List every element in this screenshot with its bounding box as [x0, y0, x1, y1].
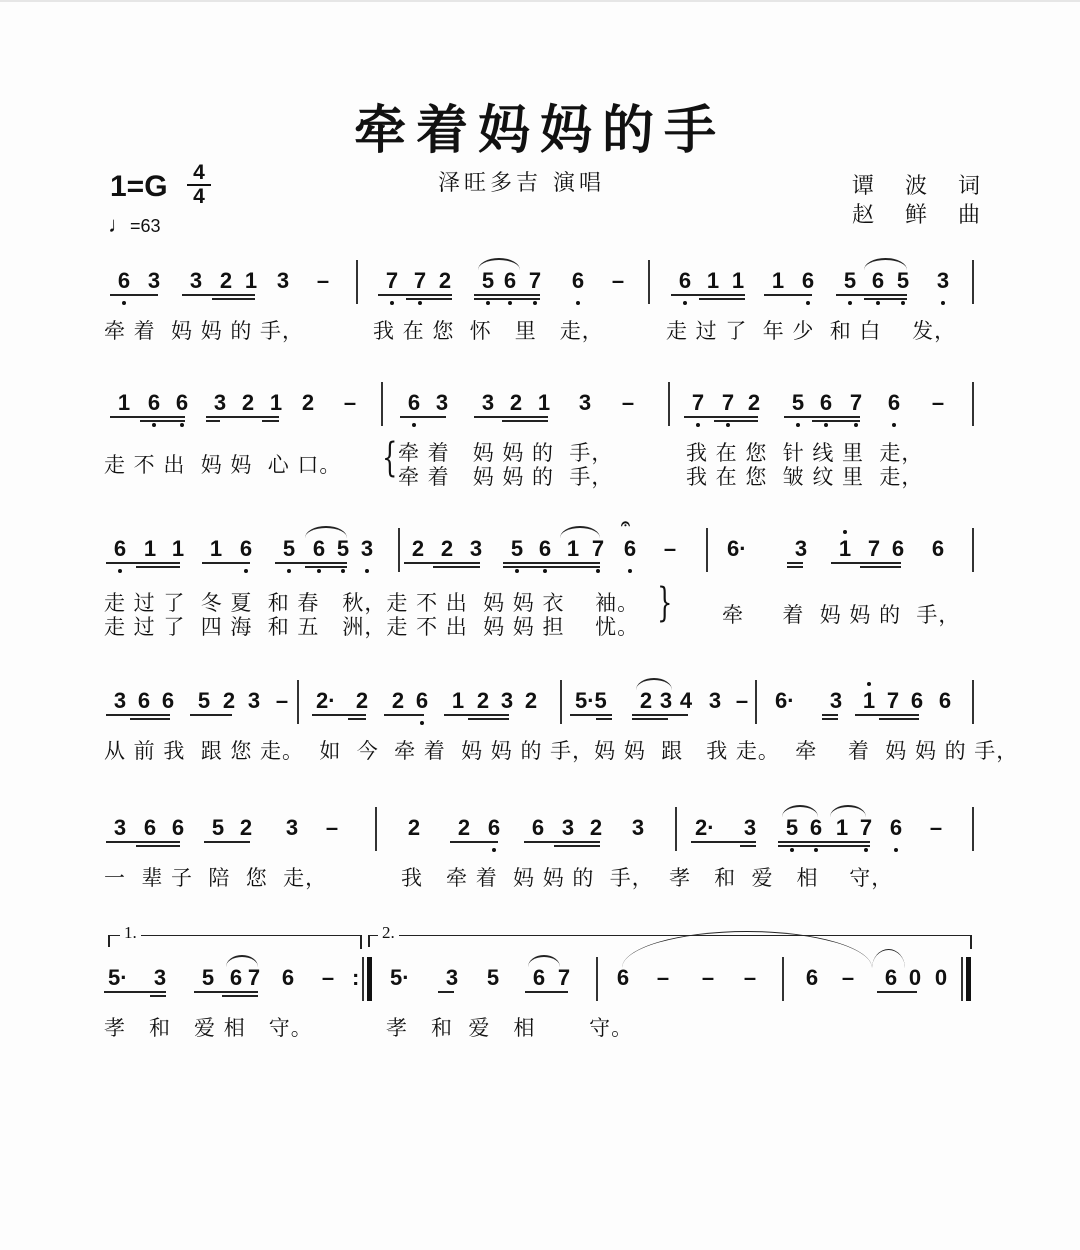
lyric-line: 走 过 了 冬 夏 和 春 秋，走 不 出 妈 妈 衣 袖。: [104, 592, 639, 614]
note: 6: [236, 538, 256, 560]
note: 6·: [727, 538, 767, 560]
note: 5: [198, 967, 218, 989]
underline-eighth: [684, 416, 758, 418]
underline-sixteenth: [632, 718, 668, 720]
underline-eighth: [524, 841, 600, 843]
note: 6: [114, 270, 134, 292]
underline-eighth: [110, 416, 185, 418]
note: 2·: [695, 817, 735, 839]
underline-sixteenth: [474, 298, 540, 300]
lyric-line: 我 牵 着 妈 妈 的 手， 孝 和 爱 相 守，: [401, 867, 893, 889]
note: 1: [266, 392, 286, 414]
underline-eighth: [378, 294, 452, 296]
underline-sixteenth: [879, 718, 919, 720]
underline-eighth: [787, 562, 803, 564]
underline-eighth: [877, 991, 917, 993]
barline: [596, 957, 598, 1001]
note: 2: [388, 690, 408, 712]
underline-sixteenth: [150, 995, 166, 997]
underline-sixteenth: [860, 566, 901, 568]
note: 3: [558, 817, 578, 839]
underline-sixteenth: [136, 845, 180, 847]
underline-eighth: [182, 294, 255, 296]
slur: [864, 258, 907, 270]
octave-low-dot: [790, 848, 794, 852]
note: 3: [210, 392, 230, 414]
note: 1: [768, 270, 788, 292]
underline-sixteenth: [222, 995, 258, 997]
underline-eighth: [194, 991, 258, 993]
volta-bracket-1-left: [108, 935, 110, 947]
underline-eighth: [671, 294, 745, 296]
note: 7: [883, 690, 903, 712]
underline-eighth: [764, 294, 812, 296]
underline-sixteenth: [348, 718, 366, 720]
slur: [305, 526, 347, 538]
octave-low-dot: [420, 721, 424, 725]
octave-low-dot: [543, 569, 547, 573]
octave-low-dot: [876, 301, 880, 305]
underline-eighth: [312, 714, 366, 716]
note: –: [318, 967, 338, 989]
note: –: [698, 967, 718, 989]
note: 6: [613, 967, 633, 989]
underline-eighth: [632, 714, 688, 716]
octave-low-dot: [418, 301, 422, 305]
volta-bracket-2: [368, 935, 970, 936]
octave-low-dot: [122, 301, 126, 305]
note: 5·5: [575, 690, 615, 712]
note: 2: [298, 392, 318, 414]
note: 6: [309, 538, 329, 560]
note: 2: [408, 538, 428, 560]
underline-eighth: [525, 991, 568, 993]
underline-sixteenth: [130, 718, 170, 720]
barline: [381, 382, 383, 426]
note: 3: [282, 817, 302, 839]
note: 6: [884, 392, 904, 414]
slur: [478, 258, 520, 270]
underline-eighth: [444, 714, 509, 716]
lyric-line: 我 在 您 针 线 里 走，: [686, 442, 923, 464]
octave-low-dot: [824, 423, 828, 427]
underline-sixteenth: [212, 298, 255, 300]
time-signature: 4 4: [187, 163, 211, 207]
lyric-line: 牵 着 妈 妈 的 手，: [104, 320, 304, 342]
underline-eighth: [106, 841, 180, 843]
underline-eighth: [784, 416, 860, 418]
note: 5: [279, 538, 299, 560]
note: 6: [868, 270, 888, 292]
underline-eighth: [503, 562, 600, 564]
note: 5·: [108, 967, 148, 989]
note: 3: [150, 967, 170, 989]
octave-low-dot: [244, 569, 248, 573]
note: 2: [238, 392, 258, 414]
lyric-line: 走 不 出 妈 妈 心 口。: [104, 454, 341, 476]
note: 6: [140, 817, 160, 839]
underline-eighth: [822, 714, 838, 716]
octave-high-dot: [867, 682, 871, 686]
barline: [297, 680, 299, 724]
repeat-thick-bar: [367, 957, 372, 1001]
volta-label-2: 2.: [378, 923, 399, 943]
underline-eighth: [404, 562, 480, 564]
note: 3: [575, 392, 595, 414]
note: 2: [437, 538, 457, 560]
note: 6: [500, 270, 520, 292]
underline-sixteenth: [206, 420, 220, 422]
note: 1: [703, 270, 723, 292]
final-thick-bar: [966, 957, 971, 1001]
octave-low-dot: [696, 423, 700, 427]
note: 2·: [316, 690, 356, 712]
octave-low-dot: [576, 301, 580, 305]
note: –: [653, 967, 673, 989]
lyric-line: 孝 和 爱 相 守。: [104, 1017, 313, 1039]
note: 3: [466, 538, 486, 560]
note: 5: [478, 270, 498, 292]
note: 1: [241, 270, 261, 292]
underline-eighth: [104, 991, 166, 993]
octave-low-dot: [806, 301, 810, 305]
note: 3: [442, 967, 462, 989]
underline-sixteenth: [468, 718, 509, 720]
octave-low-dot: [492, 848, 496, 852]
top-border: [0, 0, 1080, 2]
octave-low-dot: [341, 569, 345, 573]
underline-sixteenth: [503, 566, 600, 568]
octave-low-dot: [118, 569, 122, 573]
octave-low-dot: [390, 301, 394, 305]
lyric-line: 孝 和 爱 相 守。: [386, 1017, 633, 1039]
lyric-line: 从 前 我 跟 您 走。 如 今 牵 着 妈 妈 的 手，妈 妈 跟 我 走。 …: [104, 740, 1018, 762]
note: 2: [636, 690, 656, 712]
note: 3: [186, 270, 206, 292]
note: 1: [835, 538, 855, 560]
underline-sixteenth: [502, 420, 548, 422]
barline: [972, 382, 974, 426]
octave-low-dot: [814, 848, 818, 852]
underline-sixteenth: [140, 420, 185, 422]
note: 3: [740, 817, 760, 839]
note: 6: [888, 538, 908, 560]
octave-low-dot: [365, 569, 369, 573]
note: 6: [675, 270, 695, 292]
note: 2: [404, 817, 424, 839]
note: 7: [244, 967, 264, 989]
note: 7: [554, 967, 574, 989]
octave-low-dot: [941, 301, 945, 305]
note: 6: [907, 690, 927, 712]
underline-sixteenth: [740, 845, 756, 847]
note: 7: [382, 270, 402, 292]
underline-sixteenth: [778, 845, 870, 847]
octave-low-dot: [864, 848, 868, 852]
barline: [375, 807, 377, 851]
song-title: 牵着妈妈的手: [0, 88, 1080, 163]
note: 3: [244, 690, 264, 712]
note: 4: [676, 690, 696, 712]
octave-low-dot: [412, 423, 416, 427]
note: 6: [404, 392, 424, 414]
note: –: [926, 817, 946, 839]
note: 3: [273, 270, 293, 292]
note: 5: [507, 538, 527, 560]
note: 3: [933, 270, 953, 292]
note: 7: [525, 270, 545, 292]
slur: [226, 955, 258, 967]
underline-eighth: [831, 562, 901, 564]
note: 6: [568, 270, 588, 292]
octave-low-dot: [287, 569, 291, 573]
note: 1: [563, 538, 583, 560]
note: 5: [194, 690, 214, 712]
credits: 谭 波 词 赵 鲜 曲: [852, 172, 992, 230]
octave-low-dot: [726, 423, 730, 427]
underline-sixteenth: [699, 298, 745, 300]
note: 2: [352, 690, 372, 712]
underline-eighth: [836, 294, 907, 296]
note: –: [660, 538, 680, 560]
fermata-icon: 𝄐: [621, 514, 630, 534]
lyricist-credit: 谭 波 词: [852, 172, 992, 201]
final-thin-bar: [961, 957, 963, 1001]
note: 1: [832, 817, 852, 839]
note: 5: [208, 817, 228, 839]
note: 1: [206, 538, 226, 560]
note: 6: [168, 817, 188, 839]
note: 6: [798, 270, 818, 292]
note: 3: [478, 392, 498, 414]
note: 1: [448, 690, 468, 712]
barline: [560, 680, 562, 724]
singer-credit: 泽旺多吉 演唱: [438, 166, 605, 197]
note: 2: [454, 817, 474, 839]
note: 6: [110, 538, 130, 560]
underline-eighth: [691, 841, 756, 843]
underline-sixteenth: [596, 718, 612, 720]
note: 5: [840, 270, 860, 292]
slur: [636, 678, 672, 690]
note: 5: [788, 392, 808, 414]
tie: [872, 949, 905, 968]
note: 1: [140, 538, 160, 560]
repeat-thin-bar: [362, 957, 364, 1001]
note: 2: [586, 817, 606, 839]
note: 6: [134, 690, 154, 712]
note: –: [272, 690, 292, 712]
note: 3: [110, 817, 130, 839]
volta-bracket-1: [108, 935, 360, 936]
note: 3: [656, 690, 676, 712]
lyric-line: 走 过 了 年 少 和 白 发，: [666, 320, 956, 342]
note: 2: [219, 690, 239, 712]
barline: [706, 528, 708, 572]
underline-eighth: [400, 416, 446, 418]
note: 3: [110, 690, 130, 712]
note: 7: [856, 817, 876, 839]
underline-sixteenth: [262, 420, 279, 422]
octave-low-dot: [486, 301, 490, 305]
octave-low-dot: [901, 301, 905, 305]
note: 6: [620, 538, 640, 560]
repeat-dots: :: [352, 965, 359, 991]
note: 5·: [390, 967, 430, 989]
note: 7: [588, 538, 608, 560]
key-signature: 1=G: [110, 170, 168, 204]
note: 5: [333, 538, 353, 560]
note: –: [928, 392, 948, 414]
note: 3: [497, 690, 517, 712]
note: 2: [506, 392, 526, 414]
note: 3: [791, 538, 811, 560]
barline: [648, 260, 650, 304]
note: 6: [802, 967, 822, 989]
tie: [622, 931, 872, 968]
underline-sixteenth: [305, 566, 347, 568]
note: 5: [483, 967, 503, 989]
note: 3: [705, 690, 725, 712]
note: 6: [278, 967, 298, 989]
note: 6: [484, 817, 504, 839]
note: 6·: [775, 690, 815, 712]
lyric-line: 我 在 您 怀 里 走，: [373, 320, 604, 342]
note: –: [732, 690, 752, 712]
note: 6: [535, 538, 555, 560]
underline-eighth: [450, 841, 498, 843]
slur: [560, 526, 600, 538]
underline-eighth: [106, 562, 180, 564]
octave-high-dot: [843, 530, 847, 534]
note: 6: [935, 690, 955, 712]
volta-bracket-2-left: [368, 935, 370, 947]
underline-eighth: [474, 294, 540, 296]
tempo-marking: ♩=63: [108, 212, 161, 238]
note: 7: [718, 392, 738, 414]
octave-low-dot: [515, 569, 519, 573]
lyric-line: 一 辈 子 陪 您 走，: [104, 867, 327, 889]
note: 7: [688, 392, 708, 414]
octave-low-dot: [796, 423, 800, 427]
note: 7: [864, 538, 884, 560]
underline-sixteenth: [787, 566, 803, 568]
underline-eighth: [778, 841, 870, 843]
underline-eighth: [384, 714, 424, 716]
note: 1: [114, 392, 134, 414]
barline: [972, 807, 974, 851]
lyric-line: 牵 着 妈 妈 的 手，: [398, 466, 613, 488]
octave-low-dot: [152, 423, 156, 427]
underline-sixteenth: [554, 845, 600, 847]
note: 2: [744, 392, 764, 414]
underline-eighth: [202, 562, 250, 564]
underline-eighth: [438, 991, 454, 993]
octave-low-dot: [683, 301, 687, 305]
composer-credit: 赵 鲜 曲: [852, 201, 992, 230]
underline-eighth: [855, 714, 919, 716]
barline: [668, 382, 670, 426]
barline: [356, 260, 358, 304]
underline-sixteenth: [433, 566, 480, 568]
underline-sixteenth: [822, 718, 838, 720]
underline-sixteenth: [406, 298, 452, 300]
octave-low-dot: [894, 848, 898, 852]
note: 6: [144, 392, 164, 414]
underline-eighth: [570, 714, 612, 716]
barline: [398, 528, 400, 572]
note: 6: [529, 967, 549, 989]
octave-low-dot: [892, 423, 896, 427]
underline-eighth: [106, 714, 170, 716]
volta-bracket-2-right: [970, 935, 972, 949]
underline-eighth: [110, 294, 158, 296]
lyric-line: 走 过 了 四 海 和 五 洲，走 不 出 妈 妈 担 忧。: [104, 616, 639, 638]
note: 0: [905, 967, 925, 989]
barline: [972, 680, 974, 724]
lyric-line: 牵 着 妈 妈 的 手，: [722, 604, 960, 626]
note: 3: [357, 538, 377, 560]
note: 2: [216, 270, 236, 292]
note: 6: [928, 538, 948, 560]
note: 1: [728, 270, 748, 292]
volta-bracket-1-right: [360, 935, 362, 949]
underline-eighth: [275, 562, 347, 564]
slur: [830, 805, 866, 817]
underline-eighth: [474, 416, 548, 418]
octave-low-dot: [596, 569, 600, 573]
note: 1: [534, 392, 554, 414]
note: 1: [859, 690, 879, 712]
note: 6: [528, 817, 548, 839]
note: –: [838, 967, 858, 989]
note: –: [618, 392, 638, 414]
slur: [782, 805, 818, 817]
octave-low-dot: [533, 301, 537, 305]
note: 3: [826, 690, 846, 712]
note: –: [608, 270, 628, 292]
note: 6: [881, 967, 901, 989]
barline: [675, 807, 677, 851]
note: 6: [886, 817, 906, 839]
underline-sixteenth: [136, 566, 180, 568]
note: 2: [473, 690, 493, 712]
volta-label-1: 1.: [120, 923, 141, 943]
octave-low-dot: [848, 301, 852, 305]
note: –: [313, 270, 333, 292]
note: 2: [521, 690, 541, 712]
note: –: [322, 817, 342, 839]
note: –: [340, 392, 360, 414]
underline-eighth: [206, 416, 279, 418]
note: 6: [172, 392, 192, 414]
underline-eighth: [190, 714, 232, 716]
underline-eighth: [204, 841, 250, 843]
note: 6: [226, 967, 246, 989]
octave-low-dot: [508, 301, 512, 305]
barline: [972, 528, 974, 572]
note: 6: [816, 392, 836, 414]
lyric-line: 牵 着 妈 妈 的 手，: [398, 442, 613, 464]
note: 7: [410, 270, 430, 292]
note: –: [740, 967, 760, 989]
underline-sixteenth: [714, 420, 758, 422]
octave-low-dot: [854, 423, 858, 427]
barline: [972, 260, 974, 304]
verse-brace: {: [382, 438, 397, 478]
underline-sixteenth: [864, 298, 907, 300]
note: 2: [236, 817, 256, 839]
